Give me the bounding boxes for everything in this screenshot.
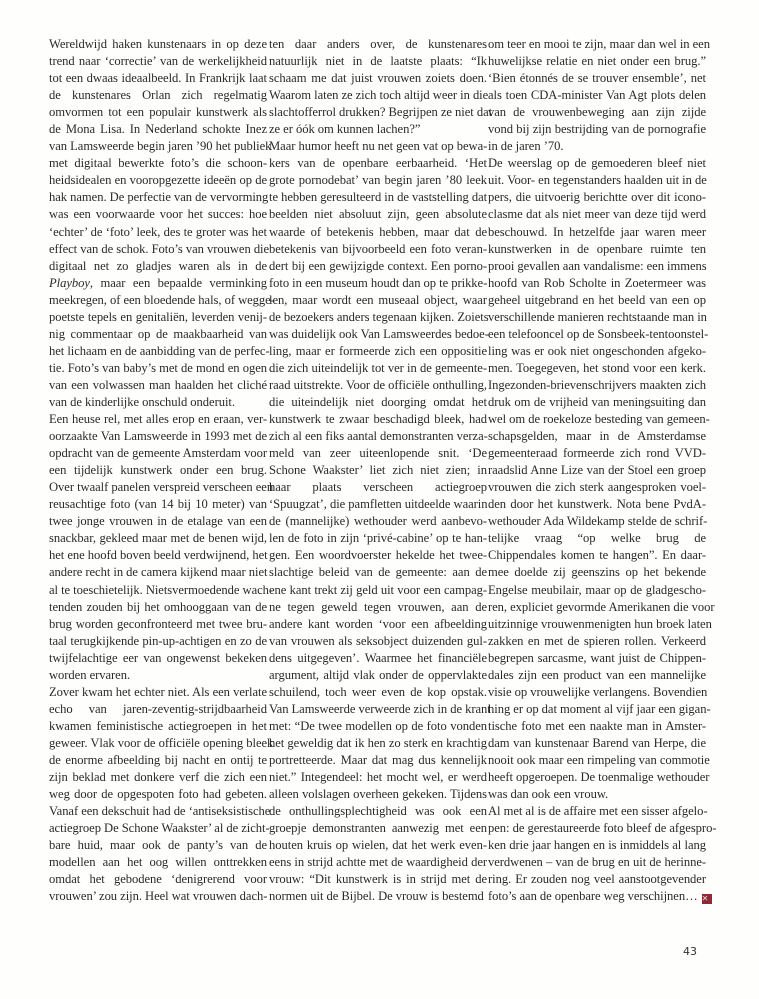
text-line: meekregen, of een bloedende hals, of weg…: [49, 292, 267, 309]
text-line: ‘echter’ de ‘foto’ leek, des te groter w…: [49, 224, 267, 241]
text-line: geheel uitgebrand en het beeld van een o…: [488, 292, 706, 309]
text-line: omvormen tot een populair kunstwerk als: [49, 104, 267, 121]
text-line: al te toeschietelijk. Nietsvermoedende w…: [49, 582, 267, 599]
text-line: Een heuse rel, met alles erop en eraan, …: [49, 411, 267, 428]
text-line: van Lamsweerde begin jaren ’90 het publi…: [49, 138, 267, 155]
text-line: dert bij een gewijzigde context. Een por…: [269, 258, 487, 275]
text-line: ze er óók om kunnen lachen?”: [269, 121, 487, 138]
text-line: een tijdelijk kunstwerk onder een brug.: [49, 462, 267, 479]
text-line: trend naar ‘correctie’ van de werkelijkh…: [49, 53, 267, 70]
text-line: vrouwen die zich sterk aangesproken voel…: [488, 479, 706, 496]
text-line: heidsidealen en vooropgezette ideeën op …: [49, 172, 267, 189]
text-line: snackbar, gekleed maar met de benen wijd…: [49, 530, 267, 547]
text-line: het geweldig dat ik hen zo sterk en krac…: [269, 735, 487, 752]
text-line: ring. Er zouden nog veel aanstootgevende…: [488, 871, 706, 888]
text-line: men. Toegegeven, het stond voor een kerk…: [488, 360, 706, 377]
text-line: nooit ook maar een rimpeling van commoti…: [488, 752, 706, 769]
text-line: van de vrouwenbeweging aan zijn zijde: [488, 104, 706, 121]
text-line: den door het kunstwerk. Nota bene PvdA-: [488, 496, 706, 513]
text-line: grote pornodebat’ van begin jaren ’80 le…: [269, 172, 487, 189]
text-line: wel om de roekeloze besteding van gemeen…: [488, 411, 706, 428]
text-line: normen uit de Bijbel. De vrouw is bestem…: [269, 888, 487, 905]
text-line: twijfelachtige eer van ongewenst bekeken: [49, 650, 267, 667]
text-line: tische foto met een naakte man in Amster…: [488, 718, 706, 735]
text-line: slachtige beleid van de gemeente: aan de: [269, 564, 487, 581]
text-line: kers van de openbare eerbaarheid. ‘Het: [269, 155, 487, 172]
text-line: Vanaf een dekschuit had de ‘antiseksisti…: [49, 803, 267, 820]
text-line: echo van jaren-zeventig-strijdbaarheid: [49, 701, 267, 718]
text-line: schapsgelden, maar in de Amsterdamse: [488, 428, 706, 445]
text-line: visie op vrouwelijke verlangens. Bovendi…: [488, 684, 706, 701]
text-line: een telefooncel op de Sonsbeek-tentoonst…: [488, 326, 706, 343]
text-line: het ene hoofd boven beeld verdwijnend, h…: [49, 547, 267, 564]
text-line: taal terugkijkende pin-up-achtigen en zo…: [49, 633, 267, 650]
text-line: brug worden geconfronteerd met twee bru-: [49, 616, 267, 633]
italic-title: Playboy: [49, 276, 90, 290]
text-line: De weerslag op de gemoederen bleef niet: [488, 155, 706, 172]
text-line: digitaal net zo gladjes waren als in de: [49, 258, 267, 275]
text-line: Engelse meubilair, maar op de gladgescho…: [488, 582, 706, 599]
text-line: ne tegen geweld tegen vrouwen, aan de: [269, 599, 487, 616]
text-line: niet.” Integendeel: het mocht wel, er we…: [269, 769, 487, 786]
text-line: len de foto in zijn ‘privé-cabine’ op te…: [269, 530, 487, 547]
text-line: de bezoekers anders tegenaan kijken. Zoi…: [269, 309, 487, 326]
text-line: foto in een museum houdt dan op te prikk…: [269, 275, 487, 292]
text-line: Wereldwijd haken kunstenaars in op deze: [49, 36, 267, 53]
text-line: dam van kunstenaar Barend van Herpe, die: [488, 735, 706, 752]
text-line: het lichaam en de aanbidding van de perf…: [49, 343, 267, 360]
text-line: ten daar anders over, de kunstenares: [269, 36, 487, 53]
text-line: zakken en met de spieren rollen. Verkeer…: [488, 633, 706, 650]
text-line: poetste tepels en genitaliën, leverden v…: [49, 309, 267, 326]
text-line: de enorme afbeelding bij nacht en ontij …: [49, 752, 267, 769]
text-line: de (mannelijke) wethouder werd aanbevo-: [269, 513, 487, 530]
text-line: uitzinnige vrouwenmenigten hun broek lat…: [488, 616, 706, 633]
text-line: meld van zeer uiteenlopende snit. ‘De: [269, 445, 487, 462]
text-line: twee jonge vrouwen in de etalage van een: [49, 513, 267, 530]
text-line: pers, die uitvoerig berichtte over dit i…: [488, 189, 706, 206]
text-line: houten kruis op wielen, dat het werk eve…: [269, 837, 487, 854]
text-line: schuilend, toch weer even de kop opstak.: [269, 684, 487, 701]
text-line: tot een dwaas ideaalbeeld. In Frankrijk …: [49, 70, 267, 87]
text-line: was een voorwaarde voor het succes: hoe: [49, 206, 267, 223]
text-line: raad uitstrekte. Voor de officiële onthu…: [269, 377, 487, 394]
text-line: gemeenteraad formeerde zich rond VVD-: [488, 445, 706, 462]
magazine-page: Wereldwijd haken kunstenaars in op dezet…: [0, 0, 759, 999]
text-line: was duidelijk ook Van Lamsweerdes bedoe-: [269, 326, 487, 343]
text-line: de kunstenares Orlan zich regelmatig: [49, 87, 267, 104]
text-line: effect van de schok. Foto’s van vrouwen …: [49, 241, 267, 258]
text-line: modellen aan het oog willen onttrekken: [49, 854, 267, 871]
text-line: ken drie jaar hangen en is inmiddels al …: [488, 837, 706, 854]
text-line: de Mona Lisa. In Nederland schokte Inez: [49, 121, 267, 138]
text-line: beelden niet absoluut zijn, geen absolut…: [269, 206, 487, 223]
text-line: bare huid, maar ook de panty’s van de: [49, 837, 267, 854]
text-line: oorzaakte Van Lamsweerde in 1993 met de: [49, 428, 267, 445]
text-line: Chippendales komen te hangen”. En daar-: [488, 547, 706, 564]
text-line: als toen CDA-minister Van Agt plots dele…: [488, 87, 706, 104]
text-line: verdwenen – van de brug en uit de herinn…: [488, 854, 706, 871]
text-line: met: “De twee modellen op de foto vonden: [269, 718, 487, 735]
text-line: len, maar wordt een museaal object, waar: [269, 292, 487, 309]
text-line: hoofd van Rob Scholte in Zoetermeer was: [488, 275, 706, 292]
text-line: telijke vraag “op welke brug de: [488, 530, 706, 547]
text-line: worden ervaren.: [49, 667, 267, 684]
text-column-right: om teer en mooi te zijn, maar dan wel in…: [488, 36, 706, 905]
text-line: clasme dat als niet meer van deze tijd w…: [488, 206, 706, 223]
text-line: andere recht in de camera kijkend maar n…: [49, 564, 267, 581]
text-line: zijn beklad met donkere verf die zich ee…: [49, 769, 267, 786]
text-line: weg door de opgespoten foto had gebeten.: [49, 786, 267, 803]
text-line: eens in strijd achtte met de waardigheid…: [269, 854, 487, 871]
text-line: die uiteindelijk niet doorging omdat het: [269, 394, 487, 411]
text-line: met digitaal bewerkte foto’s die schoon-: [49, 155, 267, 172]
text-line: druk om de vrijheid van meningsuiting da…: [488, 394, 706, 411]
text-line: andere kant worden ‘voor een afbeelding: [269, 616, 487, 633]
text-line: geweer. Vlak voor de officiële opening b…: [49, 735, 267, 752]
text-line: natuurlijk niet in de laatste plaats: “I…: [269, 53, 487, 70]
text-line: vrouwen’ zou zijn. Heel wat vrouwen dach…: [49, 888, 267, 905]
text-line: opdracht van de gemeente Amsterdam voor: [49, 445, 267, 462]
text-line: reusachtige foto (van 14 bij 10 meter) v…: [49, 496, 267, 513]
text-line: ren, expliciet gevormde Amerikanen die v…: [488, 599, 706, 616]
text-line: verschillende manieren rechtstaande man …: [488, 309, 706, 326]
text-line: tie. Foto’s van baby’s met de mond en og…: [49, 360, 267, 377]
text-line: omdat het gebodene ‘denigrerend voor: [49, 871, 267, 888]
text-line: die zich uiteindelijk tot ver in de geme…: [269, 360, 487, 377]
text-line: slachtofferrol drukken? Begrijpen ze nie…: [269, 104, 487, 121]
text-line: zich al een fiks aantal demonstranten ve…: [269, 428, 487, 445]
text-line: begrepen sarcasme, want juist de Chippen…: [488, 650, 706, 667]
text-line: Ingezonden-brievenschrijvers maakten zic…: [488, 377, 706, 394]
text-line: Over twaalf panelen verspreid verscheen …: [49, 479, 267, 496]
text-line: kunstwerk te zwaar beschadigd bleek, had: [269, 411, 487, 428]
text-line: gen. Een woordvoerster hekelde het twee-: [269, 547, 487, 564]
text-line: ‘Spuugzat’, die pamfletten uitdeelde waa…: [269, 496, 487, 513]
text-line: Van Lamsweerde verweerde zich in de kran…: [269, 701, 487, 718]
text-column-middle: ten daar anders over, de kunstenaresnatu…: [269, 36, 487, 905]
text-line: tenden zouden bij het omhooggaan van de: [49, 599, 267, 616]
text-line: Maar humor heeft nu net geen vat op bewa…: [269, 138, 487, 155]
text-line: in de jaren ’70.: [488, 138, 706, 155]
text-line: argument, altijd vlak onder de oppervlak…: [269, 667, 487, 684]
text-line: raadslid Anne Lize van der Stoel een gro…: [488, 462, 706, 479]
text-line: schaam me dat juist vrouwen zoiets doen.: [269, 70, 487, 87]
text-line: dens uitgegeven’. Waarmee het financiële: [269, 650, 487, 667]
text-line: uit. Voor- en tegenstanders haalden uit …: [488, 172, 706, 189]
text-line: prooi gevallen aan vandalisme: een immen…: [488, 258, 706, 275]
text-line: van een volwassen man haalden het cliché: [49, 377, 267, 394]
text-line: actiegroep De Schone Waakster’ al de zic…: [49, 820, 267, 837]
text-line: hing er op dat moment al vijf jaar een g…: [488, 701, 706, 718]
text-line: mee doelde zij geenszins op het bekende: [488, 564, 706, 581]
text-line: om teer en mooi te zijn, maar dan wel in…: [488, 36, 706, 53]
text-line: ling was er ook niet ongeschonden afgeko…: [488, 343, 706, 360]
text-line: wethouder Ada Wildekamp stelde de schrif…: [488, 513, 706, 530]
text-line: huwelijkse relatie en niet onder een bru…: [488, 53, 706, 70]
text-line: alleen volslagen overheen gekeken. Tijde…: [269, 786, 487, 803]
text-line: Waarom laten ze zich toch altijd weer in…: [269, 87, 487, 104]
text-line: dales zijn een product van een mannelijk…: [488, 667, 706, 684]
text-line: vond bij zijn bestrijding van de pornogr…: [488, 121, 706, 138]
text-line: betekenis van bijvoorbeeld een foto vera…: [269, 241, 487, 258]
text-line: de onthullingsplechtigheid was ook een: [269, 803, 487, 820]
text-line: Playboy, maar een bepaalde verminking: [49, 275, 267, 292]
text-line: van de kinderlijke onschuld onderuit.: [49, 394, 267, 411]
text-line: Schone Waakster’ liet zich niet zien; in: [269, 462, 487, 479]
text-column-left: Wereldwijd haken kunstenaars in op dezet…: [49, 36, 267, 905]
text-line: foto’s aan de openbare weg verschijnen…✕: [488, 888, 706, 905]
text-line: hak namen. De perfectie van de vervormin…: [49, 189, 267, 206]
text-line: beschouwd. In hetzelfde jaar waren meer: [488, 224, 706, 241]
text-line: kwamen feministische actiegroepen in het: [49, 718, 267, 735]
text-line: ‘Bien étonnés de se trouver ensemble’, n…: [488, 70, 706, 87]
text-line: heeft opgeroepen. De toenmalige wethoude…: [488, 769, 706, 786]
text-line: ene kant trekt zij geld uit voor een cam…: [269, 582, 487, 599]
text-line: kunstwerken in de openbare ruimte ten: [488, 241, 706, 258]
text-line: van vrouwen als seksobject duizenden gul…: [269, 633, 487, 650]
text-line: portretteerde. Maar dat mag dus kennelij…: [269, 752, 487, 769]
text-line: groepje demonstranten aanwezig met een: [269, 820, 487, 837]
text-line: ling, maar er formeerde zich een opposit…: [269, 343, 487, 360]
end-of-article-icon: ✕: [702, 894, 712, 904]
text-line: was dan ook een vrouw.: [488, 786, 706, 803]
text-line: Zover kwam het echter niet. Als een verl…: [49, 684, 267, 701]
text-line: vrouw: “Dit kunstwerk is in strijd met d…: [269, 871, 487, 888]
text-line: nig commentaar op de maakbaarheid van: [49, 326, 267, 343]
text-line: te hebben geresulteerd in de vaststellin…: [269, 189, 487, 206]
text-line: haar plaats verscheen actiegroep: [269, 479, 487, 496]
text-line: Al met al is de affaire met een sisser a…: [488, 803, 706, 820]
page-number: 43: [683, 945, 697, 958]
text-line: pen: de gerestaureerde foto bleef de afg…: [488, 820, 706, 837]
text-line: waarde of betekenis hebben, maar dat de: [269, 224, 487, 241]
